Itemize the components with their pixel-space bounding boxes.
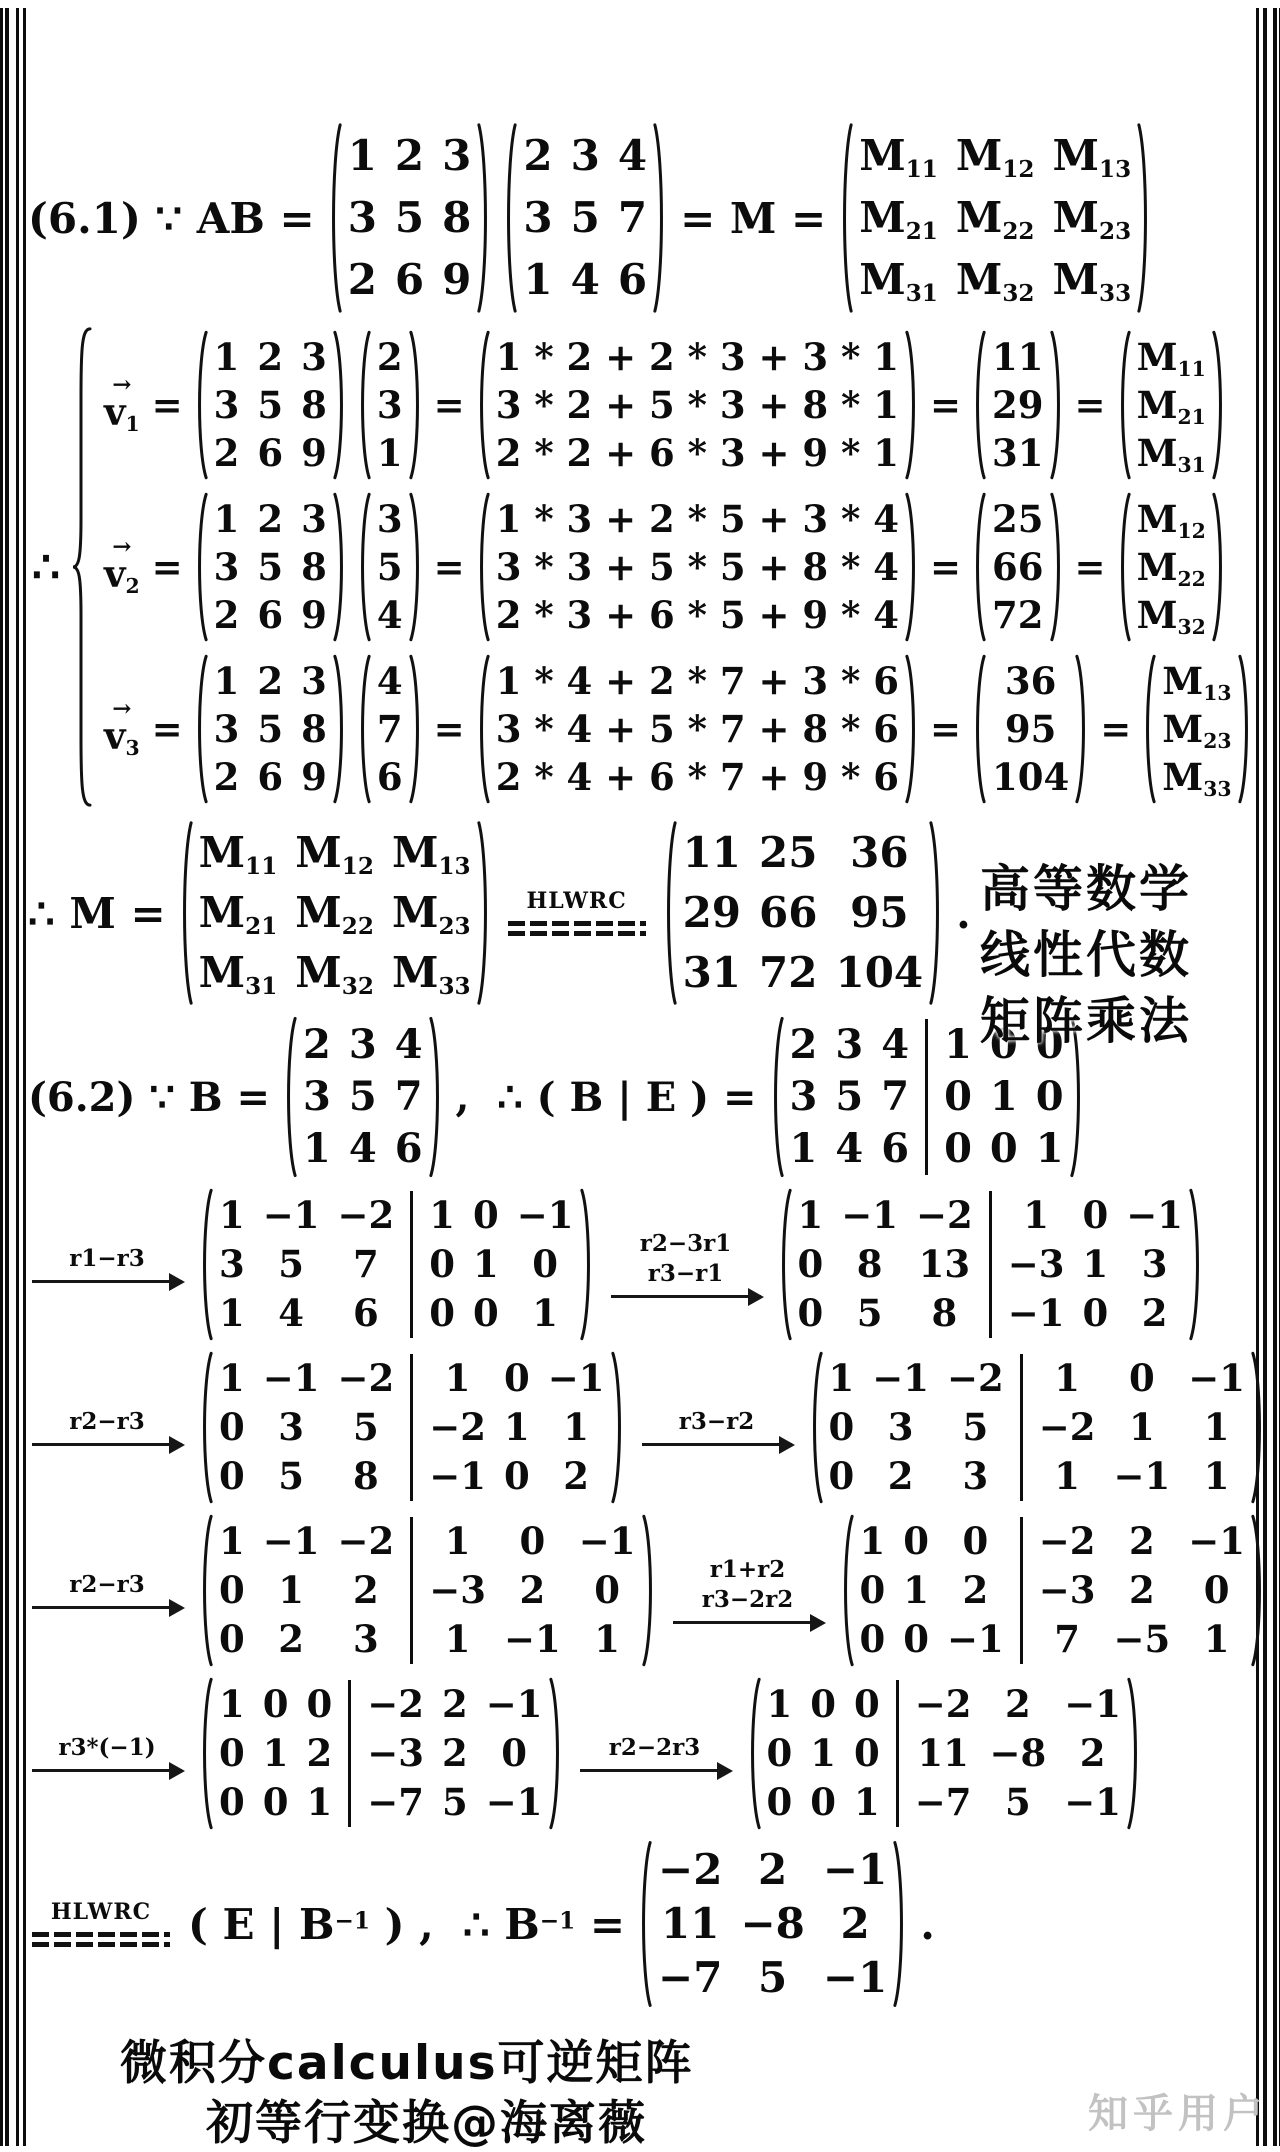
matrix-cell: 1: [594, 1621, 620, 1658]
augment-divider-line: [410, 1517, 413, 1664]
matrix-cell: 0: [307, 1686, 333, 1723]
right-paren-icon: [409, 330, 422, 480]
matrix-grid: 234357146: [784, 1016, 916, 1178]
matrix: M11M12M13M21M22M23M31M32M33: [840, 122, 1150, 314]
matrix-cell: 2: [257, 663, 283, 700]
right-paren-icon: [905, 492, 918, 642]
matrix-cell: 0: [903, 1621, 929, 1658]
matrix-grid: 123358269: [208, 330, 333, 480]
matrix-grid: −22−111−82−75−1: [909, 1677, 1127, 1830]
left-paren-icon: [840, 122, 853, 314]
matrix-cell: 1: [1054, 1458, 1080, 1495]
augmented-matrix: 100010001−22−111−82−75−1: [748, 1677, 1141, 1830]
matrix-cell: −3: [1039, 1572, 1096, 1609]
matrix: 476: [358, 654, 422, 804]
matrix-grid: −22−1−320−75−1: [361, 1677, 548, 1830]
matrix-cell: −3: [429, 1572, 486, 1609]
row-operation-arrow: r2−3r1r3−r1: [611, 1231, 761, 1299]
matrix-cell: 5: [442, 1784, 468, 1821]
matrix-cell: 5: [353, 1409, 379, 1446]
matrix-grid: 1−1−2035058: [213, 1351, 400, 1504]
matrix-cell: 0: [767, 1784, 793, 1821]
matrix-cell: 1: [944, 1025, 972, 1065]
matrix-cell: 0: [829, 1409, 855, 1446]
matrix-cell: 5: [377, 549, 403, 586]
matrix-cell: 0: [854, 1686, 880, 1723]
matrix: M12M22M32: [1118, 492, 1225, 642]
augment-divider-line: [1020, 1354, 1023, 1501]
matrix-cell: −2: [338, 1523, 395, 1560]
matrix: 1 * 4 + 2 * 7 + 3 * 63 * 4 + 5 * 7 + 8 *…: [477, 654, 918, 804]
zhihu-user-watermark: 知乎用户: [1088, 2082, 1268, 2139]
arrow-line-icon: [32, 1280, 182, 1283]
matrix-cell: 6: [257, 435, 283, 472]
matrix-grid: 1 * 2 + 2 * 3 + 3 * 13 * 2 + 5 * 3 + 8 *…: [490, 330, 905, 480]
augmented-matrix: 1−1−203505810−1−211−102: [200, 1351, 624, 1504]
matrix-cell: 8: [301, 387, 327, 424]
math-text: =: [1075, 383, 1106, 427]
left-paren-icon: [477, 654, 490, 804]
matrix-cell: 2: [563, 1458, 589, 1495]
matrix-cell: 1 * 2 + 2 * 3 + 3 * 1: [496, 339, 899, 376]
matrix-cell: 1 * 4 + 2 * 7 + 3 * 6: [496, 663, 899, 700]
matrix-cell: 1: [523, 259, 552, 301]
matrix-cell: 1: [798, 1197, 824, 1234]
double-dashed-line: [508, 921, 646, 926]
left-paren-icon: [779, 1188, 792, 1341]
matrix-cell: 1: [219, 1295, 245, 1332]
matrix-cell: −1: [1064, 1784, 1121, 1821]
augment-divider-line: [348, 1680, 351, 1827]
left-paren-icon: [358, 654, 371, 804]
matrix-cell: 0: [963, 1523, 989, 1560]
hlwrc-equals: HLWRC: [32, 1899, 170, 1949]
matrix-cell: 72: [992, 597, 1044, 634]
vector-equation-row: →v3=123358269476=1 * 4 + 2 * 7 + 3 * 63 …: [104, 654, 1251, 804]
matrix-cell: −1: [823, 1849, 887, 1891]
matrix-cell: 1: [1054, 1360, 1080, 1397]
matrix-cell: 3 * 2 + 5 * 3 + 8 * 1: [496, 387, 899, 424]
matrix-cell: 6: [257, 597, 283, 634]
matrix-cell: 11: [992, 339, 1044, 376]
matrix-cell: 11: [683, 832, 741, 874]
vector-name: v3: [104, 718, 140, 755]
matrix-cell: 5: [278, 1458, 304, 1495]
matrix-grid: 1−1−2012023: [213, 1514, 400, 1667]
side-note-line: 高等数学: [980, 856, 1192, 922]
row-operation-arrow: r3*(−1): [32, 1735, 182, 1772]
math-text: (6.2) ∵ B =: [28, 1074, 270, 1121]
matrix-cell: 0: [860, 1572, 886, 1609]
augmented-matrix: 100012001−22−1−320−75−1: [200, 1677, 562, 1830]
matrix-grid: M11M12M13M21M22M23M31M32M33: [193, 820, 477, 1006]
matrix-cell: 4: [881, 1025, 909, 1065]
matrix-cell: 0: [829, 1458, 855, 1495]
matrix-grid: 1125362966953172104: [677, 820, 930, 1006]
therefore-symbol: ∴: [32, 542, 60, 593]
matrix-grid: 100010001: [761, 1677, 886, 1830]
matrix-cell: 2: [1005, 1686, 1031, 1723]
matrix-cell: 3: [303, 1077, 331, 1117]
matrix-cell: 1: [563, 1409, 589, 1446]
matrix-cell: 1: [504, 1409, 530, 1446]
matrix-cell: 0: [263, 1784, 289, 1821]
left-paren-icon: [1118, 492, 1131, 642]
right-paren-icon: [1137, 122, 1150, 314]
matrix-cell: −1: [263, 1197, 320, 1234]
matrix-cell: −1: [947, 1621, 1004, 1658]
matrix-cell: 5: [963, 1409, 989, 1446]
row-operation-label: r3−r1: [648, 1261, 724, 1287]
matrix-cell: −1: [1188, 1523, 1245, 1560]
matrix-cell: 0: [532, 1246, 558, 1283]
matrix-cell: 3: [278, 1409, 304, 1446]
matrix-cell: 3: [888, 1409, 914, 1446]
right-paren-icon: [549, 1677, 562, 1830]
matrix-cell: 36: [1005, 663, 1057, 700]
row-operation-step-1: r1−r31−1−235714610−1010001r2−3r1r3−r11−1…: [28, 1188, 1280, 1341]
matrix-cell: 2: [214, 759, 240, 796]
matrix: 123358269: [195, 330, 346, 480]
matrix-cell: −1: [1008, 1295, 1065, 1332]
augment-divider-line: [410, 1191, 413, 1338]
matrix-cell: 1: [278, 1572, 304, 1609]
matrix-grid: 123358269: [208, 654, 333, 804]
matrix-cell: 2: [1129, 1572, 1155, 1609]
augmented-matrix: 1−1−201202310−1−3201−11: [200, 1514, 655, 1667]
left-paren-icon: [477, 492, 490, 642]
equation-b-inverse: HLWRC( E | B−1 ) , ∴ B−1 =−22−111−82−75−…: [28, 1840, 1280, 2008]
math-text: = M =: [680, 194, 826, 243]
row-operation-arrow: r2−2r3: [580, 1735, 730, 1772]
matrix-cell: 0: [263, 1686, 289, 1723]
matrix-grid: 1 * 3 + 2 * 5 + 3 * 43 * 3 + 5 * 5 + 8 *…: [490, 492, 905, 642]
matrix-cell: 0: [219, 1458, 245, 1495]
row-operation-label: r3−2r2: [702, 1587, 794, 1613]
matrix-grid: 476: [371, 654, 409, 804]
matrix-cell: 3: [219, 1246, 245, 1283]
matrix-cell: 1: [1083, 1246, 1109, 1283]
math-text: =: [434, 545, 465, 589]
math-text: =: [930, 545, 961, 589]
row-operation-arrow: r2−r3: [32, 1409, 182, 1446]
left-paren-icon: [973, 330, 986, 480]
matrix-cell: 0: [903, 1523, 929, 1560]
matrix-grid: M12M22M32: [1131, 492, 1212, 642]
matrix-cell: 3: [349, 1025, 377, 1065]
matrix-cell: 0: [219, 1784, 245, 1821]
matrix-cell: 0: [219, 1735, 245, 1772]
left-paren-icon: [195, 330, 208, 480]
right-paren-icon: [429, 1016, 442, 1178]
right-paren-icon: [1075, 654, 1088, 804]
left-paren-icon: [841, 1514, 854, 1667]
right-paren-icon: [409, 492, 422, 642]
math-text: =: [930, 707, 961, 751]
arrow-line-icon: [32, 1443, 182, 1446]
matrix-cell: 2: [442, 1686, 468, 1723]
matrix-cell: 0: [429, 1295, 455, 1332]
matrix: 1125362966953172104: [664, 820, 943, 1006]
matrix-grid: 3695104: [986, 654, 1075, 804]
matrix: 3695104: [973, 654, 1088, 804]
matrix-cell: 1 * 3 + 2 * 5 + 3 * 4: [496, 501, 899, 538]
row-operation-arrow: r1−r3: [32, 1246, 182, 1283]
left-paren-icon: [200, 1351, 213, 1504]
left-paren-icon: [477, 330, 490, 480]
matrix-cell: 1: [854, 1784, 880, 1821]
row-operation-step-3: r2−r31−1−201202310−1−3201−11r1+r2r3−2r21…: [28, 1514, 1280, 1667]
matrix-grid: 354: [371, 492, 409, 642]
row-operation-label: r3*(−1): [58, 1735, 155, 1761]
math-text: .: [956, 889, 971, 938]
matrix: 256672: [973, 492, 1063, 642]
matrix-cell: 5: [1005, 1784, 1031, 1821]
matrix-cell: 2: [1142, 1295, 1168, 1332]
system-brace: [70, 324, 94, 810]
matrix-cell: 31: [992, 435, 1044, 472]
matrix-cell: M31: [859, 259, 938, 301]
matrix-cell: 66: [992, 549, 1044, 586]
right-paren-icon: [1251, 1351, 1264, 1504]
matrix: 234357146: [504, 122, 666, 314]
hlwrc-label: HLWRC: [51, 1899, 151, 1925]
matrix-cell: 3: [790, 1077, 818, 1117]
right-paren-icon: [929, 820, 942, 1006]
right-paren-icon: [1251, 1514, 1264, 1667]
matrix: 123358269: [195, 654, 346, 804]
matrix-cell: 6: [257, 759, 283, 796]
matrix-cell: 5: [278, 1246, 304, 1283]
matrix-cell: 4: [349, 1129, 377, 1169]
matrix-cell: 4: [395, 1025, 423, 1065]
matrix-cell: 104: [835, 952, 923, 994]
matrix-cell: 3: [1142, 1246, 1168, 1283]
matrix-cell: 1: [473, 1246, 499, 1283]
matrix-cell: 3: [963, 1458, 989, 1495]
matrix-cell: 25: [759, 832, 817, 874]
augment-divider-line: [925, 1019, 928, 1175]
matrix-cell: 1: [445, 1360, 471, 1397]
side-note-line: 线性代数: [980, 922, 1192, 988]
vector-equation-row: →v1=123358269231=1 * 2 + 2 * 3 + 3 * 13 …: [104, 330, 1251, 480]
matrix-cell: −2: [338, 1197, 395, 1234]
matrix: M11M12M13M21M22M23M31M32M33: [180, 820, 490, 1006]
matrix-cell: 0: [1036, 1077, 1064, 1117]
augmented-matrix: 1−1−203502310−1−2111−11: [810, 1351, 1265, 1504]
matrix-cell: 2: [1080, 1735, 1106, 1772]
matrix-cell: 1: [429, 1197, 455, 1234]
matrix: 354: [358, 492, 422, 642]
matrix-cell: 0: [944, 1129, 972, 1169]
matrix-cell: 8: [301, 549, 327, 586]
matrix-cell: 1: [860, 1523, 886, 1560]
matrix-cell: 1: [219, 1686, 245, 1723]
right-paren-icon: [1238, 654, 1251, 804]
augmented-matrix: 1−1−235714610−1010001: [200, 1188, 593, 1341]
math-text: =: [152, 707, 183, 751]
matrix-grid: −22−111−82−75−1: [652, 1840, 893, 2008]
left-paren-icon: [1118, 330, 1131, 480]
matrix-cell: 1: [214, 339, 240, 376]
matrix-cell: M12: [295, 832, 374, 874]
matrix-cell: 1: [1129, 1409, 1155, 1446]
matrix: 234357146: [284, 1016, 442, 1178]
math-text: ( E | B−1 ) , ∴ B−1 =: [188, 1900, 625, 1949]
matrix-cell: 3: [301, 501, 327, 538]
matrix-cell: 3: [301, 663, 327, 700]
matrix-cell: 0: [520, 1523, 546, 1560]
matrix-cell: 25: [992, 501, 1044, 538]
matrix-cell: 95: [1005, 711, 1057, 748]
left-paren-icon: [504, 122, 517, 314]
row-operation-label: r1+r2: [710, 1557, 786, 1583]
right-paren-icon: [1212, 330, 1225, 480]
matrix-cell: 2: [214, 435, 240, 472]
matrix-cell: 8: [932, 1295, 958, 1332]
matrix-grid: 1 * 4 + 2 * 7 + 3 * 63 * 4 + 5 * 7 + 8 *…: [490, 654, 905, 804]
math-text: (6.1) ∵ AB =: [28, 194, 315, 243]
matrix-cell: 3: [377, 387, 403, 424]
right-paren-icon: [611, 1351, 624, 1504]
matrix-cell: 9: [301, 597, 327, 634]
left-paren-icon: [329, 122, 342, 314]
augment-divider-line: [896, 1680, 899, 1827]
matrix-cell: 1: [263, 1735, 289, 1772]
matrix-cell: 9: [301, 435, 327, 472]
matrix-cell: M21: [1137, 387, 1206, 424]
matrix-cell: 7: [395, 1077, 423, 1117]
matrix-cell: 0: [798, 1295, 824, 1332]
left-paren-icon: [1143, 654, 1156, 804]
matrix-cell: 6: [395, 259, 424, 301]
matrix-grid: 10−1−313−102: [1002, 1188, 1189, 1341]
matrix-cell: 3: [353, 1621, 379, 1658]
matrix-cell: 6: [377, 759, 403, 796]
matrix-cell: 8: [857, 1246, 883, 1283]
right-paren-icon: [477, 820, 490, 1006]
vector-label: →v3: [104, 703, 140, 756]
matrix-cell: 0: [1083, 1295, 1109, 1332]
left-paren-icon: [180, 820, 193, 1006]
matrix-cell: M32: [295, 952, 374, 994]
matrix-cell: 9: [301, 759, 327, 796]
matrix-cell: 3: [214, 387, 240, 424]
matrix-grid: 10−1−2111−11: [1033, 1351, 1251, 1504]
matrix-cell: 1: [1204, 1458, 1230, 1495]
matrix-cell: 7: [353, 1246, 379, 1283]
matrix-cell: −1: [504, 1621, 561, 1658]
matrix-cell: 5: [257, 549, 283, 586]
left-paren-icon: [358, 330, 371, 480]
matrix-cell: 3 * 4 + 5 * 7 + 8 * 6: [496, 711, 899, 748]
matrix-cell: 0: [1204, 1572, 1230, 1609]
matrix-cell: 1: [790, 1129, 818, 1169]
row-operation-label: r2−r3: [69, 1572, 145, 1598]
matrix-cell: 2: [1129, 1523, 1155, 1560]
left-paren-icon: [771, 1016, 784, 1178]
matrix-cell: 8: [442, 197, 471, 239]
matrix-cell: 8: [353, 1458, 379, 1495]
matrix-cell: −8: [740, 1903, 804, 1945]
matrix-cell: −1: [872, 1360, 929, 1397]
matrix-cell: M33: [1162, 759, 1231, 796]
matrix: M13M23M33: [1143, 654, 1250, 804]
matrix-cell: M12: [1137, 501, 1206, 538]
matrix-grid: 123358269: [342, 122, 478, 314]
matrix-cell: 3: [835, 1025, 863, 1065]
matrix-cell: M22: [956, 197, 1035, 239]
matrix-cell: M23: [1162, 711, 1231, 748]
matrix-grid: 231: [371, 330, 409, 480]
matrix: 112931: [973, 330, 1063, 480]
matrix-cell: 2: [758, 1849, 787, 1891]
matrix-cell: −1: [486, 1784, 543, 1821]
matrix-cell: −2: [429, 1409, 486, 1446]
matrix-cell: −1: [823, 1957, 887, 1999]
matrix-cell: 2: [377, 339, 403, 376]
matrix-grid: 10001200−1: [854, 1514, 1010, 1667]
matrix-cell: 1: [219, 1523, 245, 1560]
double-dashed-line: [32, 1932, 170, 1937]
right-paren-icon: [333, 492, 346, 642]
matrix-cell: 1: [810, 1735, 836, 1772]
matrix-cell: 1: [377, 435, 403, 472]
matrix-cell: −1: [517, 1197, 574, 1234]
double-dashed-line: [508, 931, 646, 936]
matrix-cell: 0: [473, 1295, 499, 1332]
right-paren-icon: [1189, 1188, 1202, 1341]
matrix-cell: −3: [367, 1735, 424, 1772]
arrow-line-icon: [611, 1295, 761, 1298]
matrix-grid: 10−1−211−102: [423, 1351, 610, 1504]
matrix-cell: 1: [1036, 1129, 1064, 1169]
matrix-cell: −1: [1114, 1458, 1171, 1495]
arrow-line-icon: [32, 1606, 182, 1609]
matrix-cell: 2: [353, 1572, 379, 1609]
math-text: =: [152, 545, 183, 589]
matrix-cell: M33: [1053, 259, 1132, 301]
double-dashed-line: [32, 1942, 170, 1947]
matrix-cell: 1: [307, 1784, 333, 1821]
matrix-cell: M13: [1162, 663, 1231, 700]
row-operation-arrow: r3−r2: [642, 1409, 792, 1446]
matrix-cell: 11: [917, 1735, 969, 1772]
matrix-cell: −1: [429, 1458, 486, 1495]
matrix-cell: M22: [295, 892, 374, 934]
matrix-cell: M11: [1137, 339, 1206, 376]
matrix-cell: −2: [916, 1197, 973, 1234]
left-paren-icon: [200, 1188, 213, 1341]
matrix-cell: M23: [392, 892, 471, 934]
matrix-cell: 5: [835, 1077, 863, 1117]
matrix-cell: 0: [219, 1572, 245, 1609]
matrix-cell: 29: [683, 892, 741, 934]
math-text: .: [920, 1900, 935, 1949]
left-paren-icon: [358, 492, 371, 642]
matrix-grid: 100012001: [213, 1677, 338, 1830]
matrix-grid: 112931: [986, 330, 1050, 480]
left-paren-icon: [973, 492, 986, 642]
matrix-grid: M11M21M31: [1131, 330, 1212, 480]
matrix-cell: 1: [903, 1572, 929, 1609]
matrix-cell: 3: [377, 501, 403, 538]
matrix-cell: 29: [992, 387, 1044, 424]
matrix-cell: −1: [579, 1523, 636, 1560]
matrix-cell: 2 * 2 + 6 * 3 + 9 * 1: [496, 435, 899, 472]
left-brace-icon: [70, 324, 94, 810]
system-rows: →v1=123358269231=1 * 2 + 2 * 3 + 3 * 13 …: [104, 324, 1251, 810]
